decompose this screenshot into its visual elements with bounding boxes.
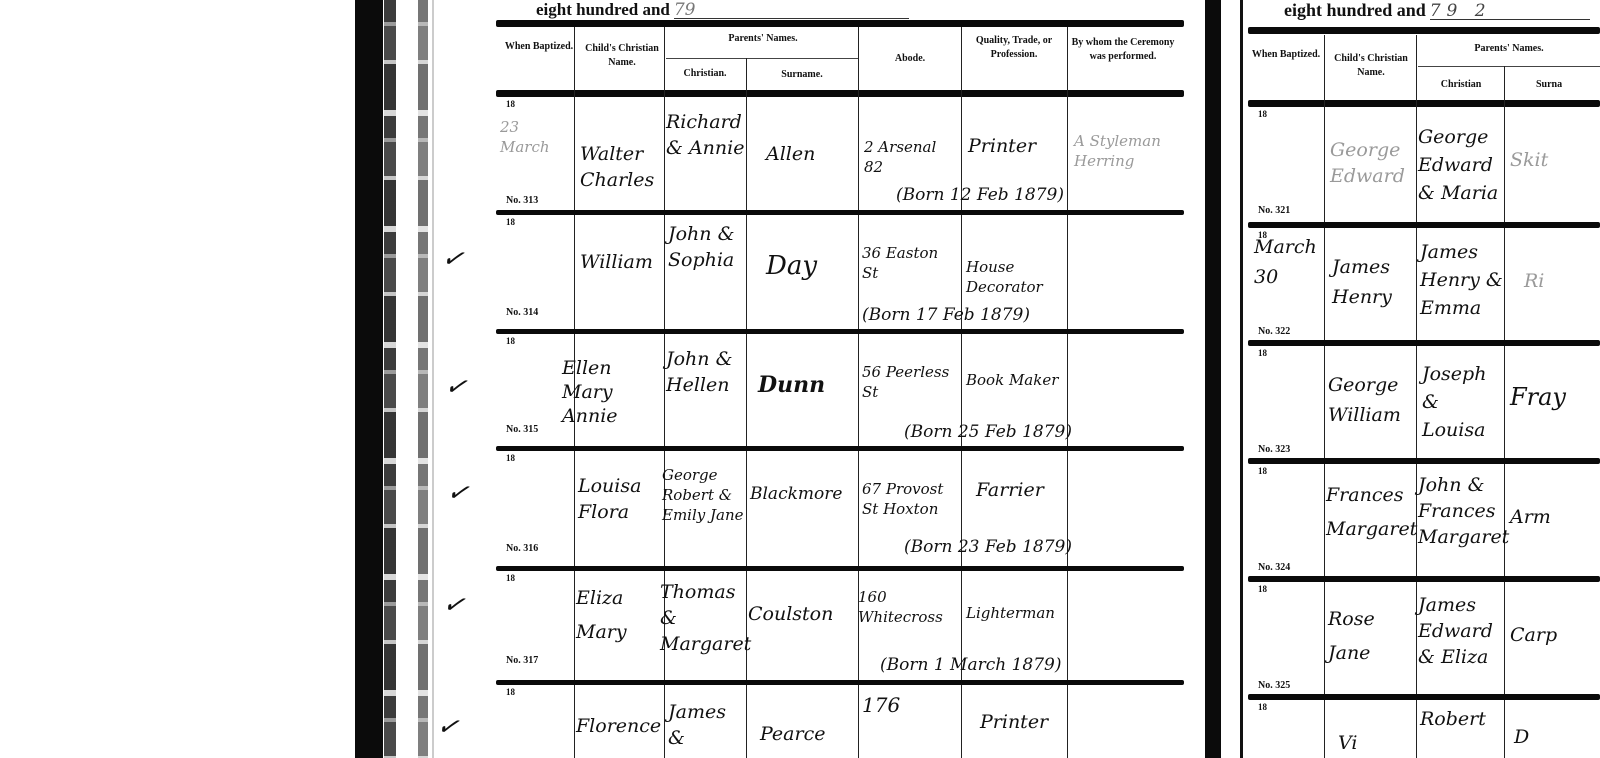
entry-year-prefix: 18 xyxy=(1258,109,1267,119)
margin-check-mark: ✓ xyxy=(443,370,470,403)
header-parents-rule xyxy=(1418,66,1600,67)
entry-year-prefix: 18 xyxy=(506,573,515,583)
entry-year-prefix: 18 xyxy=(506,453,515,463)
entry-born-note: (Born 1 March 1879) xyxy=(880,655,1062,675)
page-edge xyxy=(432,0,434,758)
register-entry: 18 Frances Margaret John & Frances Marga… xyxy=(1248,464,1600,576)
entry-number: No. 314 xyxy=(506,307,538,318)
entry-quality: Printer xyxy=(980,709,1048,735)
entry-number: No. 313 xyxy=(506,195,538,206)
entry-surname: Coulston xyxy=(748,601,833,627)
entry-quality: Printer xyxy=(968,133,1036,159)
entry-quality: Farrier xyxy=(976,477,1044,503)
register-page-right: eight hundred and79 2 When Baptized. Chi… xyxy=(1248,0,1600,758)
entry-child-name: Ellen Mary Annie xyxy=(562,356,664,428)
entry-surname: Carp xyxy=(1510,622,1557,648)
entry-surname: Pearce xyxy=(760,721,825,747)
entry-surname: Dunn xyxy=(758,372,825,398)
entry-child-name: George Edward xyxy=(1330,137,1416,189)
register-entry: 18 Eliza Mary Thomas & Margaret Coulston… xyxy=(496,571,1184,683)
entry-parents-christian: George Edward & Maria xyxy=(1418,123,1506,207)
entry-year-prefix: 18 xyxy=(1258,702,1267,712)
entry-quality: House Decorator xyxy=(966,257,1062,297)
binding-strip xyxy=(418,0,428,758)
entry-year-prefix: 18 xyxy=(506,99,515,109)
entry-child-name: Louisa Flora xyxy=(578,473,664,525)
register-entry: 18 Rose Jane James Edward & Eliza Carp N… xyxy=(1248,582,1600,694)
year-line: eight hundred and79 xyxy=(536,0,909,20)
register-entry: 18 Vi Robert D xyxy=(1248,700,1600,758)
header-parents-rule xyxy=(666,58,858,59)
register-entry: 18 George William Joseph & Louisa Fray N… xyxy=(1248,346,1600,458)
entry-surname: Day xyxy=(766,253,817,279)
year-value: 79 2 xyxy=(1430,3,1590,20)
entry-year-prefix: 18 xyxy=(1258,584,1267,594)
entry-abode: 2 Arsenal 82 xyxy=(864,137,960,177)
entry-surname: Fray xyxy=(1510,384,1566,410)
margin-check-mark: ✓ xyxy=(441,588,468,621)
entry-abode: 56 Peerless St xyxy=(862,362,958,402)
book-gutter xyxy=(1205,0,1221,758)
entry-surname: Arm xyxy=(1510,504,1551,530)
entry-number: No. 322 xyxy=(1258,326,1290,337)
header-parents-surname: Surname. xyxy=(746,68,858,82)
register-entry: 18 23 March Walter Charles Richard & Ann… xyxy=(496,97,1184,214)
entry-surname: Skit xyxy=(1510,147,1548,173)
header-quality: Quality, Trade, or Profession. xyxy=(962,34,1066,62)
entry-parents-christian: Joseph & Louisa xyxy=(1422,360,1504,444)
register-entry: 18 Louisa Flora George Robert & Emily Ja… xyxy=(496,451,1184,566)
entry-parents-christian: James Henry & Emma xyxy=(1420,238,1504,322)
entry-born-note: (Born 25 Feb 1879) xyxy=(904,422,1072,442)
register-page-left: eight hundred and79 When Baptized. Child… xyxy=(496,0,1184,758)
year-label: eight hundred and xyxy=(1284,0,1426,20)
entry-parents-christian: John & Frances Margaret xyxy=(1418,472,1504,550)
header-bottom-rule xyxy=(1248,100,1600,107)
entry-number: No. 325 xyxy=(1258,680,1290,691)
header-child-name: Child's Christian Name. xyxy=(1326,52,1416,80)
entry-child-name: James Henry xyxy=(1332,252,1412,312)
header-parents-surname: Surna xyxy=(1516,78,1600,92)
header-by-whom: By whom the Ceremony was performed. xyxy=(1068,36,1178,64)
entry-number: No. 324 xyxy=(1258,562,1290,573)
entry-year-prefix: 18 xyxy=(506,687,515,697)
entry-number: No. 316 xyxy=(506,543,538,554)
entry-born-note: (Born 12 Feb 1879) xyxy=(896,185,1064,205)
margin-check-mark: ✓ xyxy=(435,710,462,743)
header-top-rule xyxy=(1248,27,1600,34)
register-entry: 18 Ellen Mary Annie John & Hellen Dunn 5… xyxy=(496,334,1184,446)
entry-number: No. 317 xyxy=(506,655,538,666)
binding-strip xyxy=(384,0,396,758)
entry-surname: Blackmore xyxy=(750,481,842,507)
entry-number: No. 323 xyxy=(1258,444,1290,455)
entry-child-name: Vi xyxy=(1338,730,1357,756)
header-parents-christian: Christian. xyxy=(666,67,744,81)
entry-abode: 36 Easton St xyxy=(862,243,958,283)
entry-child-name: William xyxy=(580,249,653,275)
entry-year-prefix: 18 xyxy=(506,336,515,346)
entry-year-prefix: 18 xyxy=(1258,348,1267,358)
entry-born-note: (Born 17 Feb 1879) xyxy=(862,305,1030,325)
entry-child-name: Walter Charles xyxy=(580,141,664,193)
entry-when-baptized: 23 March xyxy=(500,117,570,157)
entry-when-baptized: March 30 xyxy=(1254,232,1322,292)
entry-child-name: George William xyxy=(1328,370,1416,430)
entry-parents-christian: James & xyxy=(668,699,744,751)
entry-child-name: Florence xyxy=(576,713,661,739)
margin-check-mark: ✓ xyxy=(440,242,467,275)
header-parents-names: Parents' Names. xyxy=(668,32,858,46)
header-when-baptized: When Baptized. xyxy=(1248,48,1324,62)
entry-born-note: (Born 23 Feb 1879) xyxy=(904,537,1072,557)
register-entry: 18 William John & Sophia Day 36 Easton S… xyxy=(496,215,1184,330)
header-bottom-rule xyxy=(496,90,1184,97)
entry-child-name: Rose Jane xyxy=(1328,602,1408,670)
entry-year-prefix: 18 xyxy=(1258,466,1267,476)
entry-parents-christian: James Edward & Eliza xyxy=(1418,592,1504,670)
header-parents-names: Parents' Names. xyxy=(1418,42,1600,56)
entry-parents-christian: George Robert & Emily Jane xyxy=(662,465,746,525)
entry-year-prefix: 18 xyxy=(506,217,515,227)
entry-parents-christian: Richard & Annie xyxy=(666,109,746,161)
year-line: eight hundred and79 2 xyxy=(1284,0,1590,21)
entry-abode: 176 xyxy=(862,695,900,715)
entry-surname: Allen xyxy=(766,141,815,167)
entry-quality: Lighterman xyxy=(966,603,1055,623)
entry-parents-christian: Robert xyxy=(1420,706,1486,732)
entry-child-name: Frances Margaret xyxy=(1326,478,1416,546)
register-entry: 18 George Edward George Edward & Maria S… xyxy=(1248,107,1600,222)
entry-surname: Ri xyxy=(1524,268,1544,294)
entry-parents-christian: Thomas & Margaret xyxy=(660,579,746,657)
page-edge xyxy=(1240,0,1243,758)
year-value: 79 xyxy=(674,2,909,19)
book-spine-shadow xyxy=(355,0,383,758)
entry-number: No. 315 xyxy=(506,424,538,435)
entry-abode: 160 Whitecross xyxy=(858,587,958,627)
register-entry: 18 Florence James & Pearce 176 Printer xyxy=(496,685,1184,758)
entry-surname: D xyxy=(1514,724,1529,750)
entry-parents-christian: John & Sophia xyxy=(668,221,744,273)
header-top-rule xyxy=(496,20,1184,27)
entry-quality: Book Maker xyxy=(966,370,1058,390)
register-entry: 18 March 30 James Henry James Henry & Em… xyxy=(1248,228,1600,340)
header-abode: Abode. xyxy=(860,52,960,66)
entry-parents-christian: John & Hellen xyxy=(666,346,744,398)
margin-check-mark: ✓ xyxy=(445,476,472,509)
header-child-name: Child's Christian Name. xyxy=(578,42,666,70)
year-label: eight hundred and xyxy=(536,0,670,19)
entry-child-name: Eliza Mary xyxy=(576,581,662,649)
entry-abode: 67 Provost St Hoxton xyxy=(862,479,960,519)
entry-number: No. 321 xyxy=(1258,205,1290,216)
header-when-baptized: When Baptized. xyxy=(504,40,574,54)
header-parents-christian: Christian xyxy=(1418,78,1504,92)
entry-by-whom: A Styleman Herring xyxy=(1074,131,1174,171)
